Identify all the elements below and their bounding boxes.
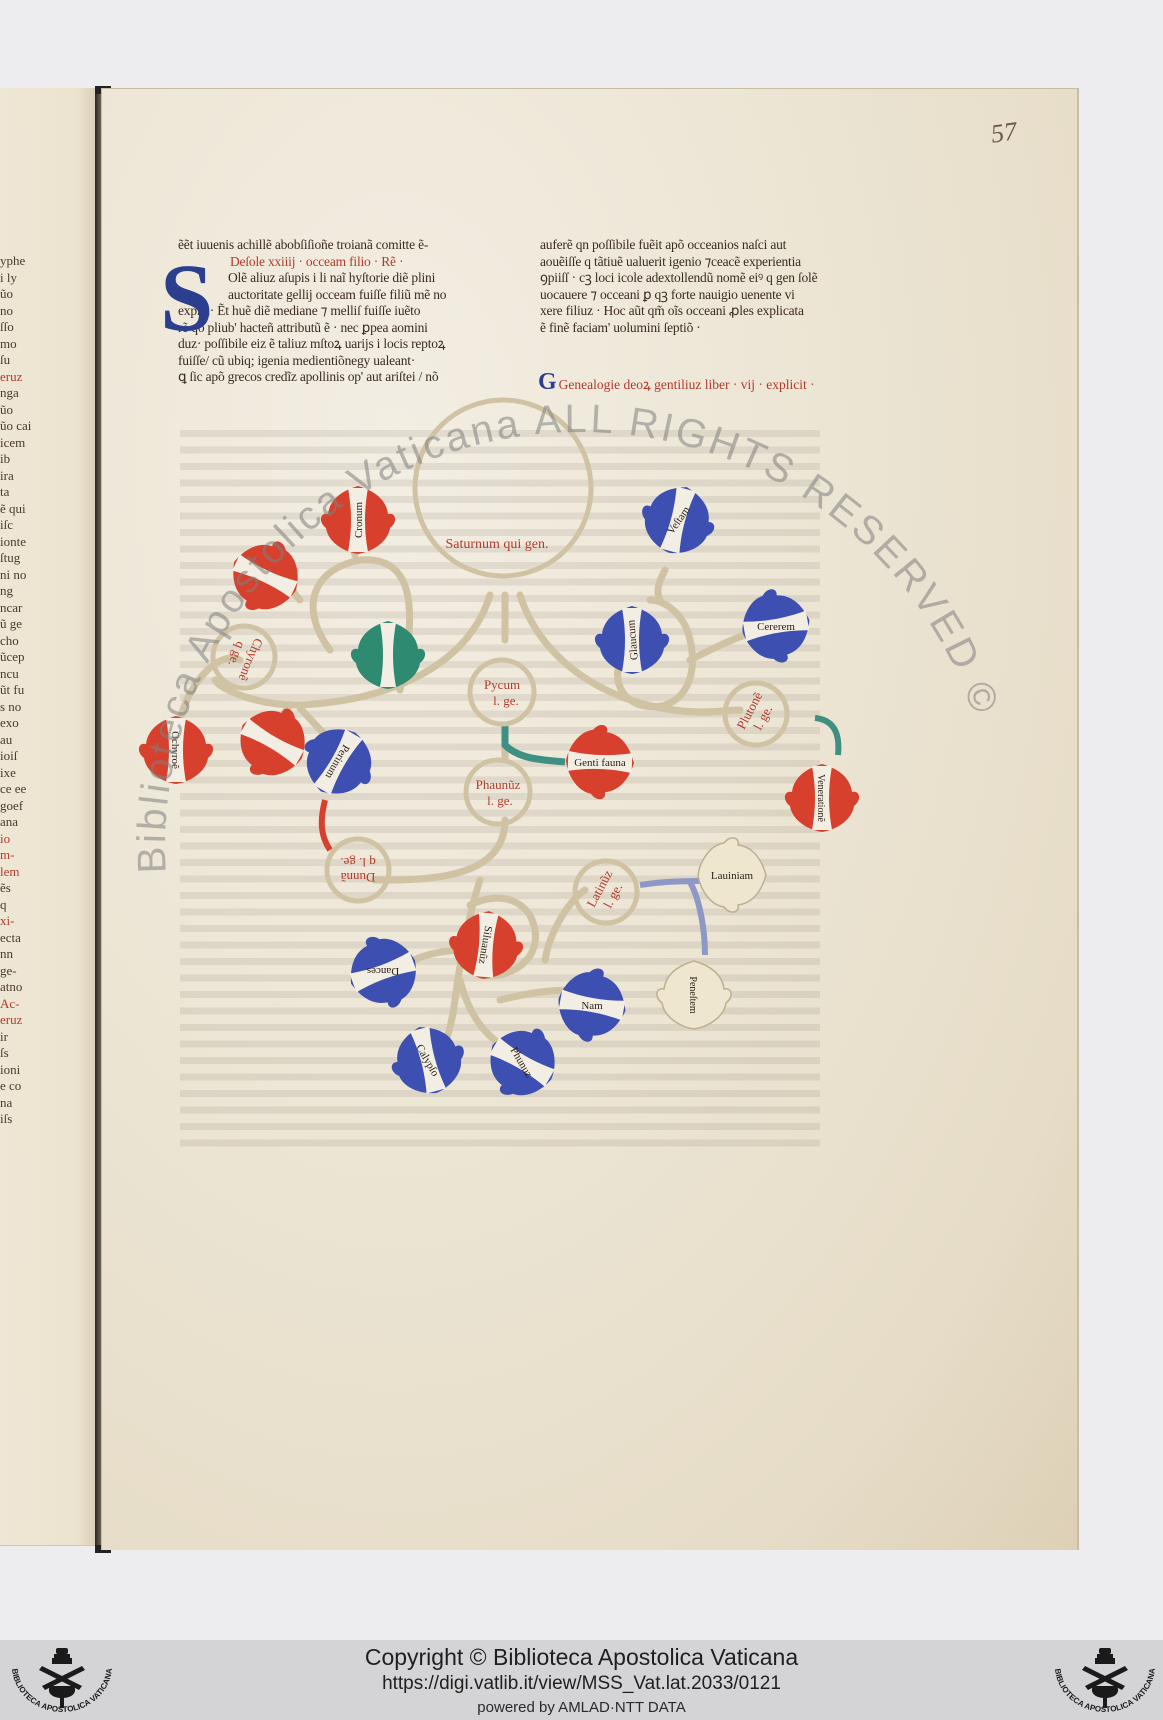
powered-by-text: powered by AMLAD·NTT DATA xyxy=(0,1699,1163,1716)
watermark-text: Biblioteca Apostolica Vaticana ALL RIGHT… xyxy=(130,397,1008,874)
rights-watermark: Biblioteca Apostolica Vaticana ALL RIGHT… xyxy=(0,0,1163,1640)
footer-bar: BIBLIOTECA APOSTOLICA VATICANA Copyright… xyxy=(0,1640,1163,1720)
manuscript-viewer[interactable]: yphei lyũonoſſomoſueruzngaũoũo caiicemib… xyxy=(0,0,1163,1640)
svg-text:Biblioteca Apostolica Vaticana: Biblioteca Apostolica Vaticana ALL RIGHT… xyxy=(130,397,1008,874)
vatican-library-logo-right: BIBLIOTECA APOSTOLICA VATICANA xyxy=(1045,1642,1163,1718)
manuscript-url[interactable]: https://digi.vatlib.it/view/MSS_Vat.lat.… xyxy=(0,1673,1163,1695)
copyright-text: Copyright © Biblioteca Apostolica Vatica… xyxy=(0,1644,1163,1671)
